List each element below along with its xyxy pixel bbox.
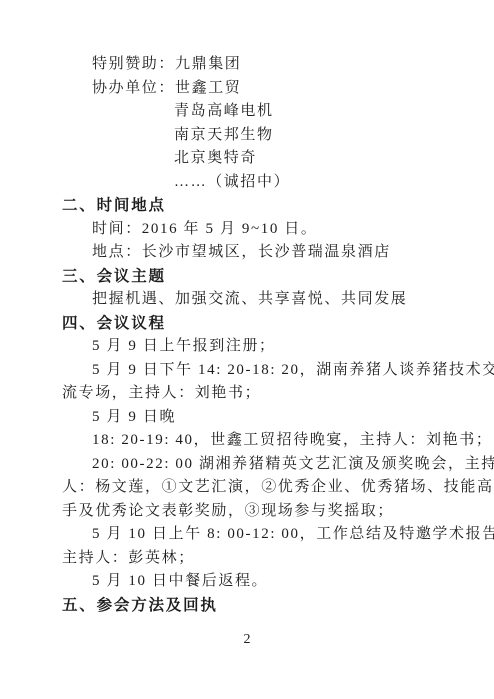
page-footer: 2: [62, 630, 432, 648]
section-heading: 三、会议主题: [62, 265, 432, 289]
text-line: 5 月 10 日上午 8: 00-12: 00，工作总结及特邀学术报告会，: [62, 523, 432, 547]
text-line: 主持人：彭英林；: [62, 547, 432, 571]
text-line: 青岛高峰电机: [62, 100, 432, 124]
text-line: 地点：长沙市望城区，长沙普瑞温泉酒店: [62, 241, 432, 265]
document-lines: 特别赞助：九鼎集团协办单位：世鑫工贸青岛高峰电机南京天邦生物北京奥特奇……（诚招…: [62, 53, 432, 617]
section-heading: 二、时间地点: [62, 194, 432, 218]
text-line: 5 月 9 日下午 14: 20-18: 20，湖南养猪人谈养猪技术交: [62, 359, 432, 383]
text-line: 时间：2016 年 5 月 9~10 日。: [62, 218, 432, 242]
text-line: 把握机遇、加强交流、共享喜悦、共同发展: [62, 288, 432, 312]
page-number: 2: [244, 632, 251, 647]
text-line: 北京奥特奇: [62, 147, 432, 171]
text-line: 20: 00-22: 00 湖湘养猪精英文艺汇演及颁奖晚会，主持: [62, 453, 432, 477]
text-line: 手及优秀论文表彰奖励，③现场参与奖摇取；: [62, 500, 432, 524]
text-line: 5 月 9 日上午报到注册；: [62, 335, 432, 359]
text-line: 18: 20-19: 40，世鑫工贸招待晚宴，主持人：刘艳书；: [62, 429, 432, 453]
text-line: ……（诚招中）: [62, 171, 432, 195]
section-heading: 四、会议议程: [62, 312, 432, 336]
document-page: 特别赞助：九鼎集团协办单位：世鑫工贸青岛高峰电机南京天邦生物北京奥特奇……（诚招…: [0, 0, 494, 699]
text-line: 5 月 9 日晚: [62, 406, 432, 430]
text-line: 南京天邦生物: [62, 124, 432, 148]
text-line: 人：杨文莲，①文艺汇演，②优秀企业、优秀猪场、技能高: [62, 476, 432, 500]
section-heading: 五、参会方法及回执: [62, 594, 432, 618]
text-line: 特别赞助：九鼎集团: [62, 53, 432, 77]
text-line: 协办单位：世鑫工贸: [62, 77, 432, 101]
text-line: 流专场，主持人：刘艳书；: [62, 382, 432, 406]
text-line: 5 月 10 日中餐后返程。: [62, 570, 432, 594]
